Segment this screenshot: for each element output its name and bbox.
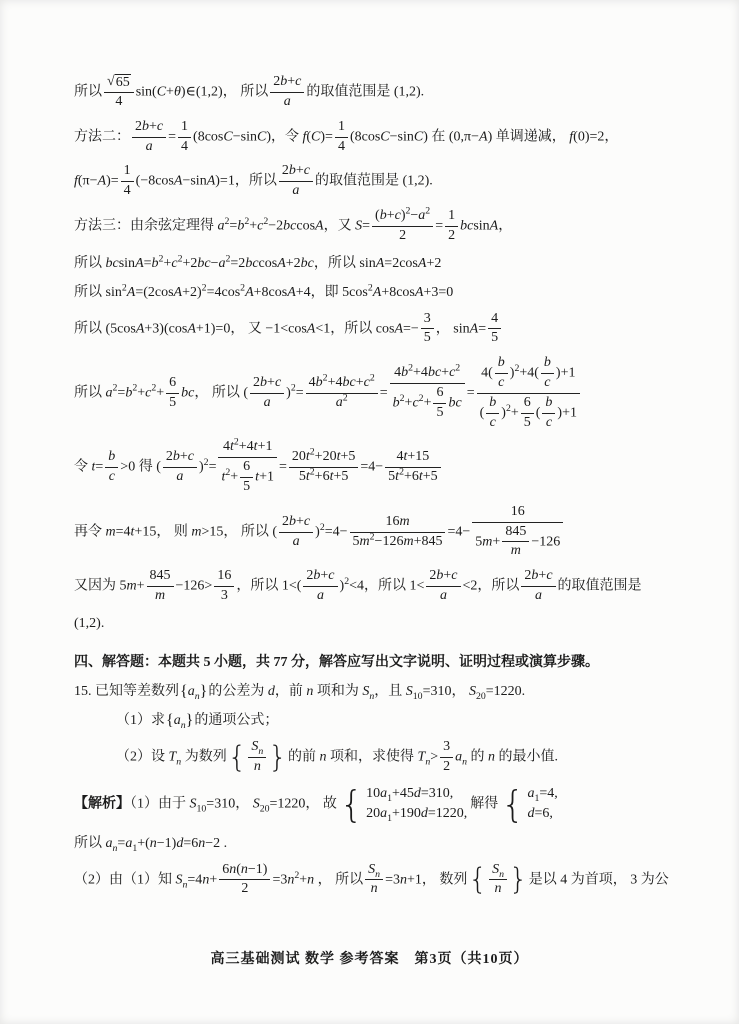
document-page: 所以√654sin(C+θ)∈(1,2)， 所以2b+ca的取值范围是 (1,2… [0, 0, 739, 1024]
text-line: 【解析】（1）由于 S10=310， S20=1220， 故{10a1+45d=… [74, 784, 669, 825]
fraction: 2b+ca [279, 514, 313, 551]
fraction: 16m5m2−126m+845 [350, 514, 446, 551]
fraction: 32 [440, 739, 453, 776]
equation-system: {10a1+45d=310,20a1+190d=1220, [340, 784, 467, 825]
fraction: 2b+ca [270, 74, 304, 111]
fraction: 4b2+4bc+c2a2 [306, 375, 378, 412]
fraction: bc [105, 449, 118, 486]
fraction: 845m [502, 524, 529, 561]
fraction: 45 [488, 311, 501, 348]
text-line: 四、解答题：本题共 5 小题，共 77 分，解答应写出文字说明、证明过程或演算步… [74, 652, 669, 673]
fraction: bc [486, 395, 499, 432]
fraction: 65 [240, 459, 253, 496]
fraction: bc [541, 355, 554, 392]
fraction: 20t2+20t+55t2+6t+5 [289, 449, 359, 486]
page-footer: 高三基础测试 数学 参考答案 第3页（共10页） [0, 948, 739, 968]
fraction: Snn [365, 862, 383, 899]
fraction: 12 [445, 208, 458, 245]
fraction: 2b+ca [426, 568, 460, 605]
set-braces: {Snn} [228, 739, 287, 776]
fraction: 4t2+4t+1t2+65t+1 [218, 439, 277, 495]
text-line: 所以√654sin(C+θ)∈(1,2)， 所以2b+ca的取值范围是 (1,2… [74, 74, 669, 111]
text-line: 令 t=bc>0 得 (2b+ca)2=4t2+4t+1t2+65t+1=20t… [74, 439, 669, 495]
fraction: 4b2+4bc+c2b2+c2+65bc [390, 365, 465, 421]
fraction: 65 [166, 375, 179, 412]
fraction: 6n(n−1)2 [219, 862, 270, 899]
text-line: 所以 a2=b2+c2+65bc， 所以 (2b+ca)2=4b2+4bc+c2… [74, 355, 669, 431]
fraction: 845m [147, 568, 174, 605]
fraction: Snn [248, 739, 266, 776]
text-line: 15. 已知等差数列{an}的公差为 d，前 n 项和为 Sn，且 S10=31… [74, 681, 669, 702]
text-line: 方法二：2b+ca=14(8cosC−sinC)，令 f(C)=14(8cosC… [74, 119, 669, 156]
text-line: 方法三：由余弦定理得 a2=b2+c2−2bccosA，又 S=(b+c)2−a… [74, 208, 669, 245]
fraction: √654 [104, 74, 134, 111]
fraction: Snn [489, 862, 507, 899]
text-line: 又因为 5m+845m−126>163，所以 1<(2b+ca)2<4，所以 1… [74, 568, 669, 605]
fraction: 165m+845m−126 [472, 504, 563, 560]
fraction: 2b+ca [132, 119, 166, 156]
fraction: 2b+ca [521, 568, 555, 605]
text-line: 所以 sin2A=(2cosA+2)2=4cos2A+8cosA+4，即 5co… [74, 282, 669, 303]
fraction: 163 [214, 568, 234, 605]
fraction: bc [542, 395, 555, 432]
document-body: 所以√654sin(C+θ)∈(1,2)， 所以2b+ca的取值范围是 (1,2… [74, 74, 669, 898]
fraction: 4t+155t2+6t+5 [385, 449, 441, 486]
text-line: 所以 (5cosA+3)(cosA+1)=0， 又 −1<cosA<1，所以 c… [74, 311, 669, 348]
fraction: bc [495, 355, 508, 392]
fraction: 14 [178, 119, 191, 156]
fraction: (b+c)2−a22 [372, 208, 433, 245]
set-braces: {Snn} [468, 862, 527, 899]
equation-system: {a1=4,d=6, [501, 784, 557, 825]
set-braces: {an} [180, 681, 207, 702]
text-line: (1,2). [74, 613, 669, 634]
fraction: 65 [433, 385, 446, 422]
text-line: （1）求{an}的通项公式； [74, 710, 669, 731]
fraction: 65 [521, 395, 534, 432]
fraction: 4(bc)2+4(bc)+1(bc)2+65(bc)+1 [477, 355, 580, 431]
fraction: 14 [335, 119, 348, 156]
text-line: 再令 m=4t+15， 则 m>15， 所以 (2b+ca)2=4−16m5m2… [74, 504, 669, 560]
sqrt-radical: √65 [107, 74, 131, 91]
fraction: 35 [421, 311, 434, 348]
text-line: 所以 an=a1+(n−1)d=6n−2 . [74, 833, 669, 854]
fraction: 2b+ca [303, 568, 337, 605]
fraction: 2b+ca [163, 449, 197, 486]
text-line: （2）由（1）知 Sn=4n+6n(n−1)2=3n2+n ， 所以Snn=3n… [74, 862, 669, 899]
text-line: f(π−A)=14(−8cosA−sinA)=1，所以2b+ca的取值范围是 (… [74, 163, 669, 200]
fraction: 2b+ca [250, 375, 284, 412]
fraction: 14 [121, 163, 134, 200]
text-line: 所以 bcsinA=b2+c2+2bc−a2=2bccosA+2bc，所以 si… [74, 253, 669, 274]
text-line: （2）设 Tn 为数列{Snn}的前 n 项和，求使得 Tn>32an 的 n … [74, 739, 669, 776]
set-braces: {an} [166, 710, 193, 731]
fraction: 2b+ca [279, 163, 313, 200]
